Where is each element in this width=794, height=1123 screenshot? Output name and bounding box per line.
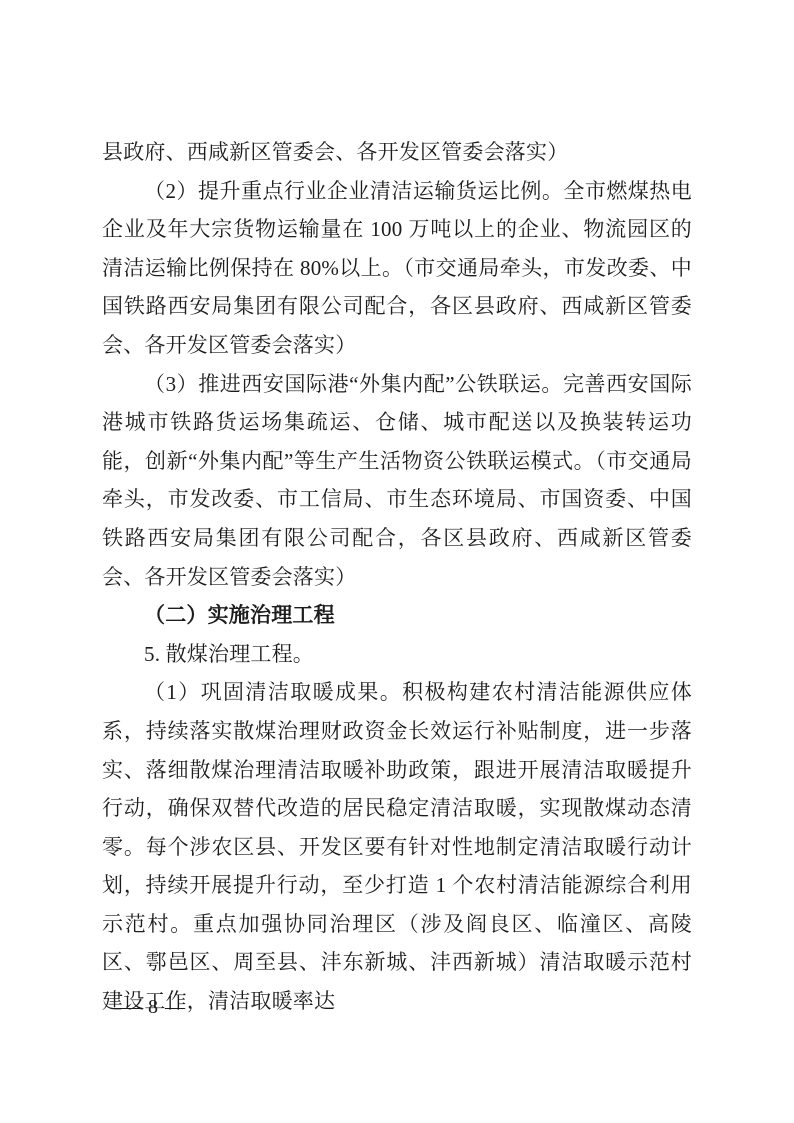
- paragraph-item-1: （1）巩固清洁取暖成果。积极构建农村清洁能源供应体系，持续落实散煤治理财政资金长…: [102, 673, 692, 1020]
- document-body-text: 县政府、西咸新区管委会、各开发区管委会落实） （2）提升重点行业企业清洁运输货运…: [102, 133, 692, 1021]
- paragraph-item-2: （2）提升重点行业企业清洁运输货运比例。全市燃煤热电企业及年大宗货物运输量在 1…: [102, 172, 692, 365]
- paragraph-continuation: 县政府、西咸新区管委会、各开发区管委会落实）: [102, 133, 692, 172]
- document-page: 县政府、西咸新区管委会、各开发区管委会落实） （2）提升重点行业企业清洁运输货运…: [0, 0, 794, 1123]
- subsection-heading: 5. 散煤治理工程。: [102, 635, 692, 674]
- page-number: — 8 —: [121, 993, 186, 1021]
- paragraph-item-3: （3）推进西安国际港“外集内配”公铁联运。完善西安国际港城市铁路货运场集疏运、仓…: [102, 365, 692, 597]
- section-heading: （二）实施治理工程: [102, 596, 692, 635]
